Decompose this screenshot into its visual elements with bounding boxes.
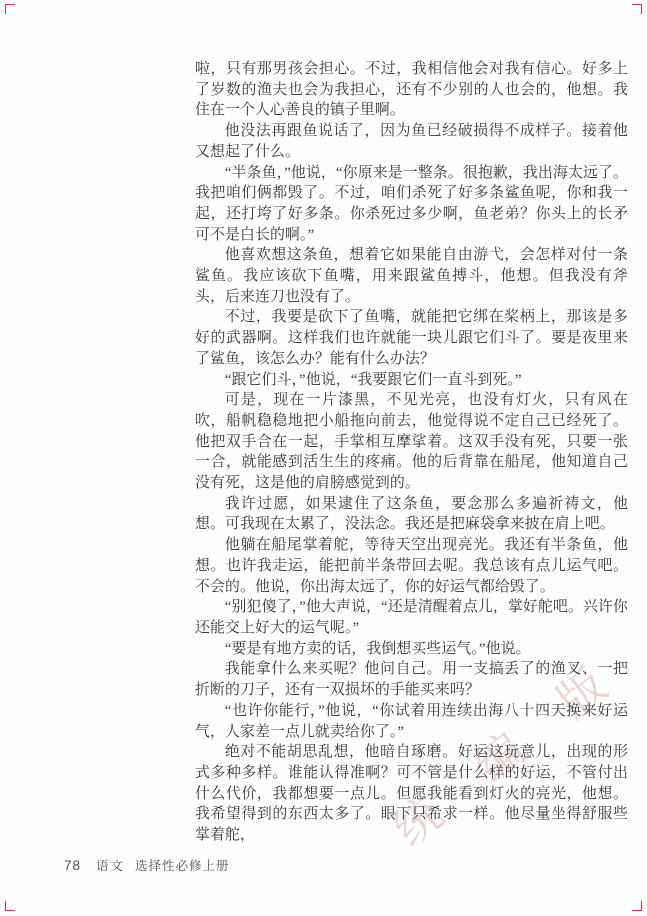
crop-mark-top-left [5, 4, 15, 14]
textbook-page: 统编版 啦，只有那男孩会担心。不过，我相信他会对我有信心。好多上了岁数的渔夫也会… [0, 0, 647, 916]
body-paragraph: “也许你能行，”他说，“你试着用连续出海八十四天换来好运气，人家差一点儿就卖给你… [195, 701, 628, 742]
body-paragraph: “半条鱼，”他说，“你原来是一整条。很抱歉，我出海太远了。我把咱们俩都毁了。不过… [195, 163, 628, 246]
body-paragraph: 我能拿什么来买呢？他问自己。用一支搞丢了的渔叉、一把折断的刀子，还有一双损坏的手… [195, 659, 628, 700]
page-footer: 78 语文 选择性必修上册 [64, 856, 230, 874]
body-paragraph: 他没法再跟鱼说话了，因为鱼已经破损得不成样子。接着他又想起了什么。 [195, 121, 628, 162]
page-number: 78 [64, 858, 81, 873]
crop-mark-bottom-left [5, 901, 15, 911]
body-paragraph: 啦，只有那男孩会担心。不过，我相信他会对我有信心。好多上了岁数的渔夫也会为我担心… [195, 59, 628, 121]
body-paragraph: “要是有地方卖的话，我倒想买些运气。”他说。 [195, 639, 628, 660]
crop-mark-top-right [632, 4, 642, 14]
footer-subject: 语文 [96, 856, 125, 874]
body-paragraph: 他喜欢想这条鱼，想着它如果能自由游弋，会怎样对付一条鲨鱼。我应该砍下鱼嘴，用来跟… [195, 245, 628, 307]
body-paragraph: “别犯傻了，”他大声说，“还是清醒着点儿，掌好舵吧。兴许你还能交上好大的运气呢。… [195, 597, 628, 638]
body-paragraph: 绝对不能胡思乱想，他暗自琢磨。好运这玩意儿，出现的形式多种多样。谁能认得准啊？可… [195, 742, 628, 846]
body-paragraph: 我许过愿，如果逮住了这条鱼，要念那么多遍祈祷文，他想。可我现在太累了，没法念。我… [195, 494, 628, 535]
footer-volume: 选择性必修上册 [135, 856, 230, 874]
body-text-column: 啦，只有那男孩会担心。不过，我相信他会对我有信心。好多上了岁数的渔夫也会为我担心… [195, 59, 628, 846]
body-paragraph: 不过，我要是砍下了鱼嘴，就能把它绑在桨柄上，那该是多好的武器啊。这样我们也许就能… [195, 307, 628, 369]
body-paragraph: “跟它们斗，”他说，“我要跟它们一直斗到死。” [195, 370, 628, 391]
body-paragraph: 可是，现在一片漆黑，不见光亮，也没有灯火，只有风在吹，船帆稳稳地把小船拖向前去，… [195, 390, 628, 494]
crop-mark-bottom-right [632, 901, 642, 911]
body-paragraph: 他躺在船尾掌着舵，等待天空出现亮光。我还有半条鱼，他想。也许我走运，能把前半条带… [195, 535, 628, 597]
